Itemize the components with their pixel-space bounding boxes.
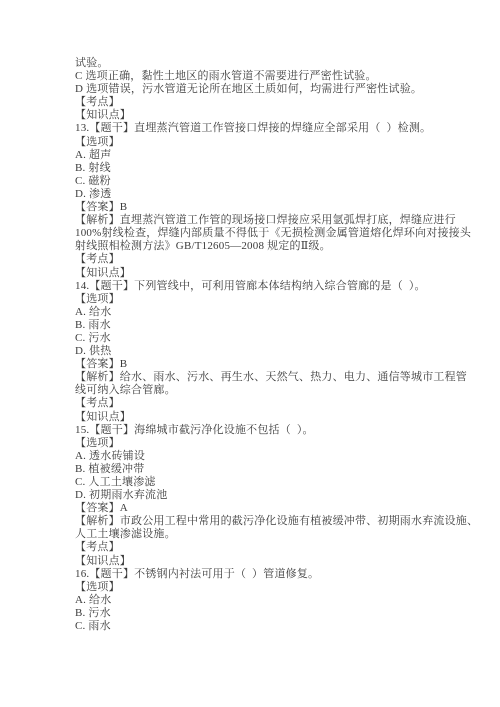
text-line: 【知识点】 — [75, 109, 435, 122]
text-line: 线可纳入综合管廊。 — [75, 384, 435, 397]
text-line: C 选项正确，黏性土地区的雨水管道不需要进行严密性试验。 — [75, 70, 435, 83]
text-line: 射线照相检测方法》GB/T12605—2008 规定的Ⅱ级。 — [75, 240, 435, 253]
text-line: B. 污水 — [75, 607, 435, 620]
text-line: 【知识点】 — [75, 555, 435, 568]
text-line: 【选项】 — [75, 293, 435, 306]
text-line: 【知识点】 — [75, 267, 435, 280]
text-line: A. 给水 — [75, 306, 435, 319]
question-15: 15.【题干】海绵城市截污净化设施不包括（ ）。【选项】A. 透水砖铺设B. 植… — [75, 424, 435, 568]
text-line: 13.【题干】直埋蒸汽管道工作管接口焊接的焊缝应全部采用（ ）检测。 — [75, 122, 435, 135]
text-line: C. 磁粉 — [75, 175, 435, 188]
text-line: 试验。 — [75, 57, 435, 70]
text-line: 【答案】A — [75, 502, 435, 515]
text-line: 【解析】给水、雨水、污水、再生水、天然气、热力、电力、通信等城市工程管 — [75, 371, 435, 384]
text-line: A. 超声 — [75, 149, 435, 162]
text-line: B. 植被缓冲带 — [75, 463, 435, 476]
text-line: 人工土壤渗滤设施。 — [75, 528, 435, 541]
text-line: 【考点】 — [75, 253, 435, 266]
question-16: 16.【题干】不锈钢内衬法可用于（ ）管道修复。【选项】A. 给水B. 污水C.… — [75, 568, 435, 633]
question-13: 13.【题干】直埋蒸汽管道工作管接口焊接的焊缝应全部采用（ ）检测。【选项】A.… — [75, 122, 435, 279]
text-line: D. 渗透 — [75, 188, 435, 201]
text-line: 14.【题干】下列管线中，可利用管廊本体结构纳入综合管廊的是（ ）。 — [75, 280, 435, 293]
text-line: 【选项】 — [75, 136, 435, 149]
text-line: D 选项错误，污水管道无论所在地区土质如何，均需进行严密性试验。 — [75, 83, 435, 96]
text-line: C. 雨水 — [75, 620, 435, 633]
text-line: 【知识点】 — [75, 411, 435, 424]
text-line: 【考点】 — [75, 397, 435, 410]
text-line: 【解析】直埋蒸汽管道工作管的现场接口焊接应采用氩弧焊打底，焊缝应进行 — [75, 214, 435, 227]
text-line: C. 人工土壤渗滤 — [75, 476, 435, 489]
text-line: B. 射线 — [75, 162, 435, 175]
text-line: 【选项】 — [75, 581, 435, 594]
text-line: 16.【题干】不锈钢内衬法可用于（ ）管道修复。 — [75, 568, 435, 581]
question-12-explanation-tail: 试验。C 选项正确，黏性土地区的雨水管道不需要进行严密性试验。D 选项错误，污水… — [75, 57, 435, 122]
text-line: 【答案】B — [75, 201, 435, 214]
text-line: D. 供热 — [75, 345, 435, 358]
text-line: A. 给水 — [75, 594, 435, 607]
document-page: 试验。C 选项正确，黏性土地区的雨水管道不需要进行严密性试验。D 选项错误，污水… — [0, 0, 500, 707]
text-line: 【答案】B — [75, 358, 435, 371]
text-line: 【选项】 — [75, 437, 435, 450]
text-line: D. 初期雨水弃流池 — [75, 489, 435, 502]
text-line: 15.【题干】海绵城市截污净化设施不包括（ ）。 — [75, 424, 435, 437]
text-line: B. 雨水 — [75, 319, 435, 332]
text-line: A. 透水砖铺设 — [75, 450, 435, 463]
text-line: 【考点】 — [75, 541, 435, 554]
text-line: 100%射线检查，焊缝内部质量不得低于《无损检测金属管道熔化焊环向对接接头 — [75, 227, 435, 240]
text-line: C. 污水 — [75, 332, 435, 345]
text-line: 【考点】 — [75, 96, 435, 109]
text-line: 【解析】市政公用工程中常用的截污净化设施有植被缓冲带、初期雨水弃流设施、 — [75, 515, 435, 528]
question-14: 14.【题干】下列管线中，可利用管廊本体结构纳入综合管廊的是（ ）。【选项】A.… — [75, 280, 435, 424]
document-content: 试验。C 选项正确，黏性土地区的雨水管道不需要进行严密性试验。D 选项错误，污水… — [75, 57, 435, 633]
